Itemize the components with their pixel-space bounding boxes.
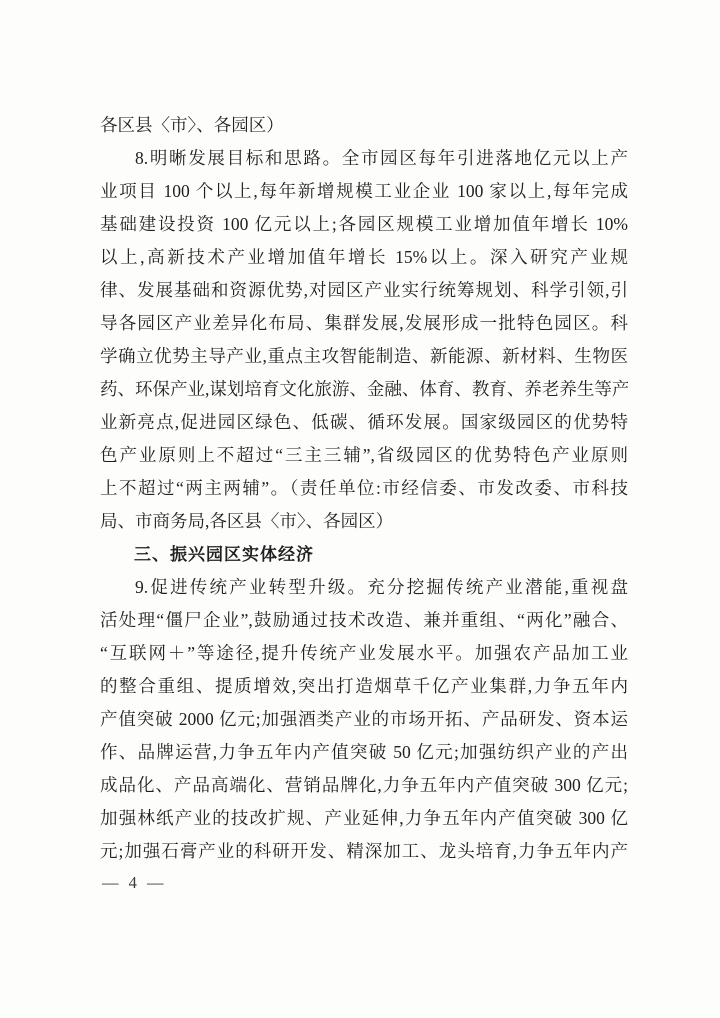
text-line: 导各园区产业差异化布局、集群发展,发展形成一批特色园区。科 <box>100 307 628 340</box>
text-line: 色产业原则上不超过“三主三辅”,省级园区的优势特色产业原则 <box>100 439 628 472</box>
text-line: 学确立优势主导产业,重点主攻智能制造、新能源、新材料、生物医 <box>100 340 628 373</box>
page-number: — 4 — <box>102 871 167 895</box>
section-heading: 三、振兴园区实体经济 <box>100 538 628 571</box>
text-line: 基础建设投资 100 亿元以上;各园区规模工业增加值年增长 10% <box>100 208 628 241</box>
text-line: 产值突破 2000 亿元;加强酒类产业的市场开拓、产品研发、资本运 <box>100 703 628 736</box>
text-line: 各区县〈市〉、各园区） <box>100 109 628 142</box>
text-line: 活处理“僵尸企业”,鼓励通过技术改造、兼并重组、“两化”融合、 <box>100 604 628 637</box>
text-line: 以上,高新技术产业增加值年增长 15%以上。深入研究产业规 <box>100 241 628 274</box>
text-line: 元;加强石膏产业的科研开发、精深加工、龙头培育,力争五年内产 <box>100 835 628 868</box>
document-page: 各区县〈市〉、各园区）8.明晰发展目标和思路。全市园区每年引进落地亿元以上产业项… <box>0 0 720 1018</box>
text-line: 上不超过“两主两辅”。（责任单位:市经信委、市发改委、市科技 <box>100 472 628 505</box>
text-line: “互联网＋”等途径,提升传统产业发展水平。加强农产品加工业 <box>100 637 628 670</box>
text-line: 成品化、产品高端化、营销品牌化,力争五年内产值突破 300 亿元; <box>100 769 628 802</box>
document-body: 各区县〈市〉、各园区）8.明晰发展目标和思路。全市园区每年引进落地亿元以上产业项… <box>100 109 628 868</box>
text-line: 加强林纸产业的技改扩规、产业延伸,力争五年内产值突破 300 亿 <box>100 802 628 835</box>
text-line: 局、市商务局,各区县〈市〉、各园区） <box>100 505 628 538</box>
text-line: 8.明晰发展目标和思路。全市园区每年引进落地亿元以上产 <box>100 142 628 175</box>
text-line: 作、品牌运营,力争五年内产值突破 50 亿元;加强纺织产业的产出 <box>100 736 628 769</box>
text-line: 业项目 100 个以上,每年新增规模工业企业 100 家以上,每年完成 <box>100 175 628 208</box>
text-line: 9.促进传统产业转型升级。充分挖掘传统产业潜能,重视盘 <box>100 571 628 604</box>
text-line: 药、环保产业,谋划培育文化旅游、金融、体育、教育、养老养生等产 <box>100 373 628 406</box>
text-line: 律、发展基础和资源优势,对园区产业实行统筹规划、科学引领,引 <box>100 274 628 307</box>
text-line: 业新亮点,促进园区绿色、低碳、循环发展。国家级园区的优势特 <box>100 406 628 439</box>
text-line: 的整合重组、提质增效,突出打造烟草千亿产业集群,力争五年内 <box>100 670 628 703</box>
